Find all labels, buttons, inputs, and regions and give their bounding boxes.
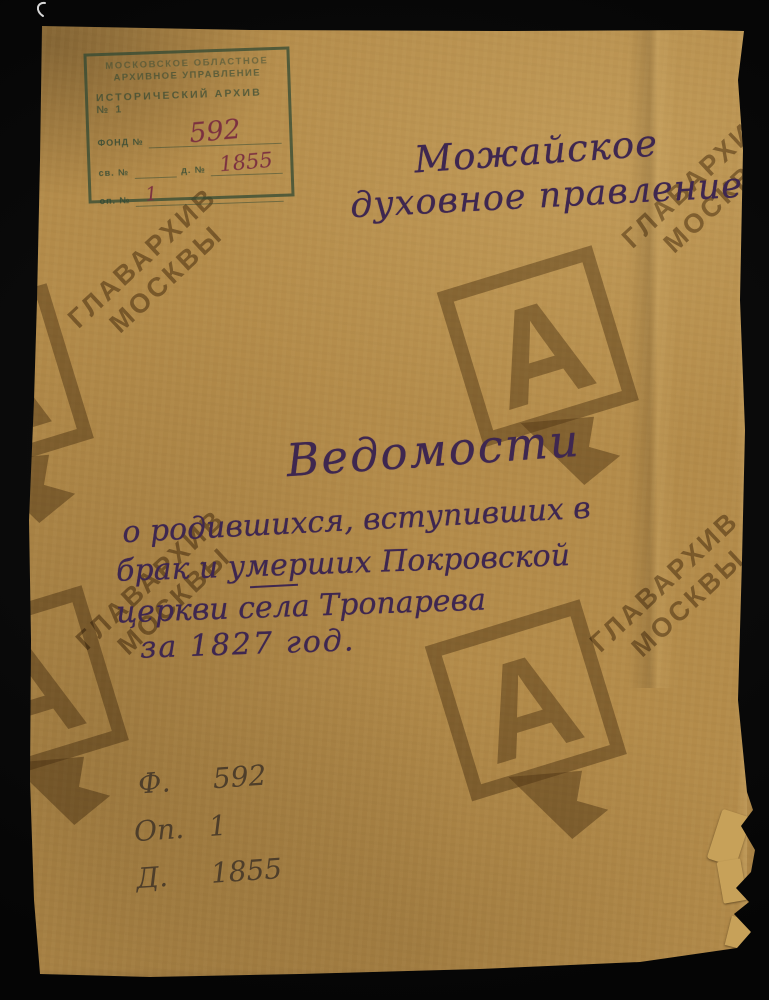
watermark-text: ГЛАВАРХИВ МОСКВЫ	[62, 181, 246, 358]
ref-opis: Оп. 1	[133, 809, 228, 848]
stamp-file-field: 1855	[210, 151, 282, 176]
logo-letter: А	[458, 618, 597, 793]
ref-fond: Ф. 592	[137, 759, 267, 801]
stamp-file-value: 1855	[219, 150, 274, 176]
torn-paper-flap	[725, 916, 754, 950]
stamp-file-label: д. №	[181, 164, 206, 177]
corner-mark-icon	[33, 1, 51, 21]
stamp-fond-row: ФОНД № 592	[97, 112, 282, 150]
photo-background: ГЛАВАРХИВ МОСКВЫ ГЛАВАРХИВ МОСКВЫ ГЛАВАР…	[0, 0, 769, 1000]
stamp-fond-label: ФОНД №	[97, 137, 144, 151]
logo-letter: А	[470, 264, 609, 439]
archive-stamp: МОСКОВСКОЕ ОБЛАСТНОЕ АРХИВНОЕ УПРАВЛЕНИЕ…	[83, 46, 294, 203]
stamp-inventory-value: 1	[145, 185, 159, 205]
ref-delo: Д. 1855	[135, 852, 283, 895]
underline-stroke	[250, 584, 298, 589]
stamp-inventory-label: оп. №	[99, 195, 130, 208]
stamp-bundle-label: св. №	[98, 167, 129, 180]
document-cover: ГЛАВАРХИВ МОСКВЫ ГЛАВАРХИВ МОСКВЫ ГЛАВАР…	[0, 0, 769, 1000]
ref-opis-value: 1	[208, 809, 228, 843]
ref-fond-value: 592	[212, 759, 268, 796]
ref-delo-value: 1855	[210, 852, 283, 890]
stamp-archive-line: ИСТОРИЧЕСКИЙ АРХИВ № 1	[96, 86, 281, 116]
ref-fond-label: Ф.	[137, 763, 205, 801]
stamp-fond-value: 592	[188, 116, 242, 147]
title-body-line: за 1827 год.	[139, 623, 356, 665]
stamp-fond-field: 592	[148, 116, 282, 149]
ref-opis-label: Оп.	[133, 811, 201, 849]
stamp-inventory-field: 1	[135, 181, 284, 207]
ref-delo-label: Д.	[135, 858, 203, 896]
